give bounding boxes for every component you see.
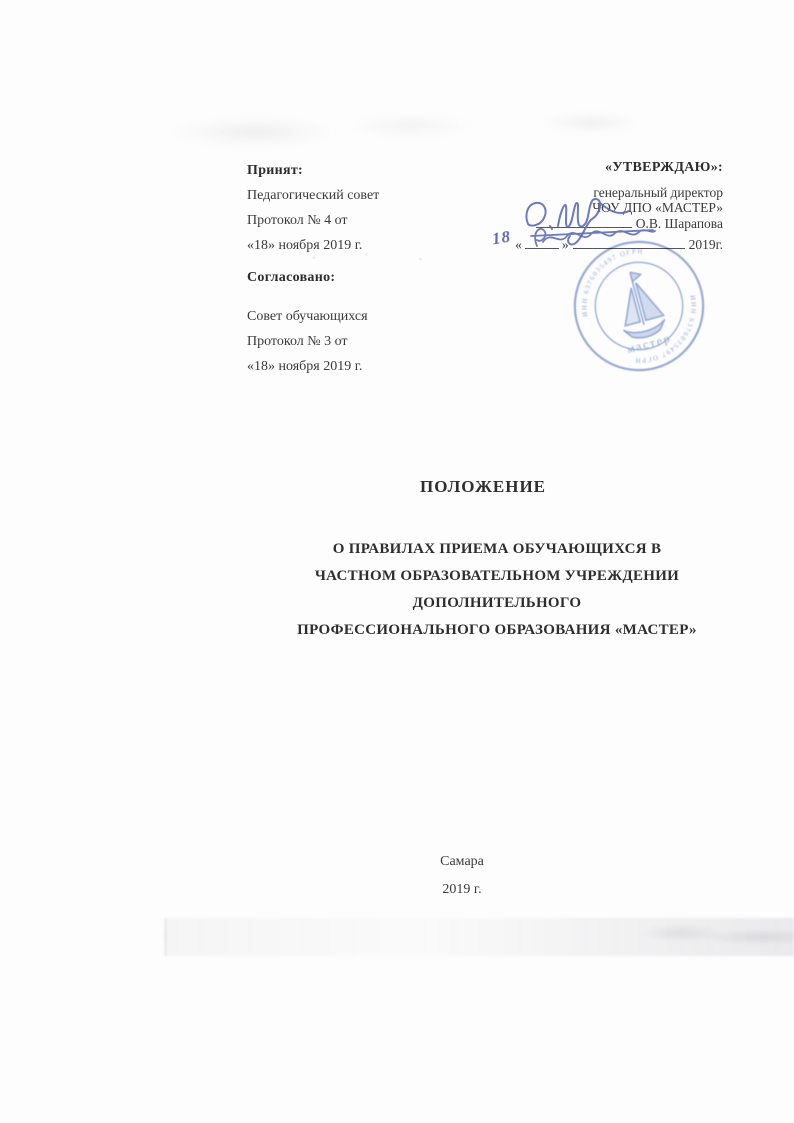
accepted-block: Принят: Педагогический совет Протокол № … bbox=[247, 158, 379, 258]
agreed-heading: Согласовано: bbox=[247, 268, 368, 288]
accepted-heading: Принят: bbox=[247, 158, 379, 183]
agreed-line-date: «18» ноября 2019 г. bbox=[247, 354, 368, 379]
organization-stamp-seal: ИНН 6376035497 ОГРН ИНН 6376035497 ОГРН … bbox=[571, 238, 707, 374]
document-subtitle: О ПРАВИЛАХ ПРИЕМА ОБУЧАЮЩИХСЯ В ЧАСТНОМ … bbox=[0, 536, 794, 644]
stamp-sailboat-logo bbox=[609, 267, 668, 343]
accepted-line-date: «18» ноября 2019 г. bbox=[247, 233, 379, 258]
footer-year: 2019 г. bbox=[130, 876, 794, 904]
subtitle-line-2: ЧАСТНОМ ОБРАЗОВАТЕЛЬНОМ УЧРЕЖДЕНИИ bbox=[200, 563, 794, 590]
agreed-line-protocol: Протокол № 3 от bbox=[247, 329, 368, 354]
footer-block: Самара 2019 г. bbox=[0, 848, 794, 904]
scanned-document-page: Принят: Педагогический совет Протокол № … bbox=[0, 0, 794, 1123]
footer-city: Самара bbox=[130, 848, 794, 876]
subtitle-line-4: ПРОФЕССИОНАЛЬНОГО ОБРАЗОВАНИЯ «МАСТЕР» bbox=[200, 617, 794, 644]
document-title: ПОЛОЖЕНИЕ bbox=[0, 477, 794, 497]
scan-smudge-bottom bbox=[165, 918, 794, 956]
handwritten-day: 18 bbox=[491, 227, 513, 250]
accepted-line-protocol: Протокол № 4 от bbox=[247, 208, 379, 233]
handwritten-month-scribble bbox=[527, 222, 662, 252]
agreed-lines: Совет обучающихся Протокол № 3 от «18» н… bbox=[247, 304, 368, 379]
approve-heading: «УТВЕРЖДАЮ»: bbox=[515, 160, 723, 175]
agreed-block: Согласовано: Совет обучающихся Протокол … bbox=[247, 268, 368, 379]
subtitle-line-3: ДОПОЛНИТЕЛЬНОГО bbox=[200, 590, 794, 617]
agreed-line-council: Совет обучающихся bbox=[247, 304, 368, 329]
scan-smudge-top bbox=[150, 98, 730, 160]
subtitle-line-1: О ПРАВИЛАХ ПРИЕМА ОБУЧАЮЩИХСЯ В bbox=[200, 536, 794, 563]
accepted-line-council: Педагогический совет bbox=[247, 183, 379, 208]
